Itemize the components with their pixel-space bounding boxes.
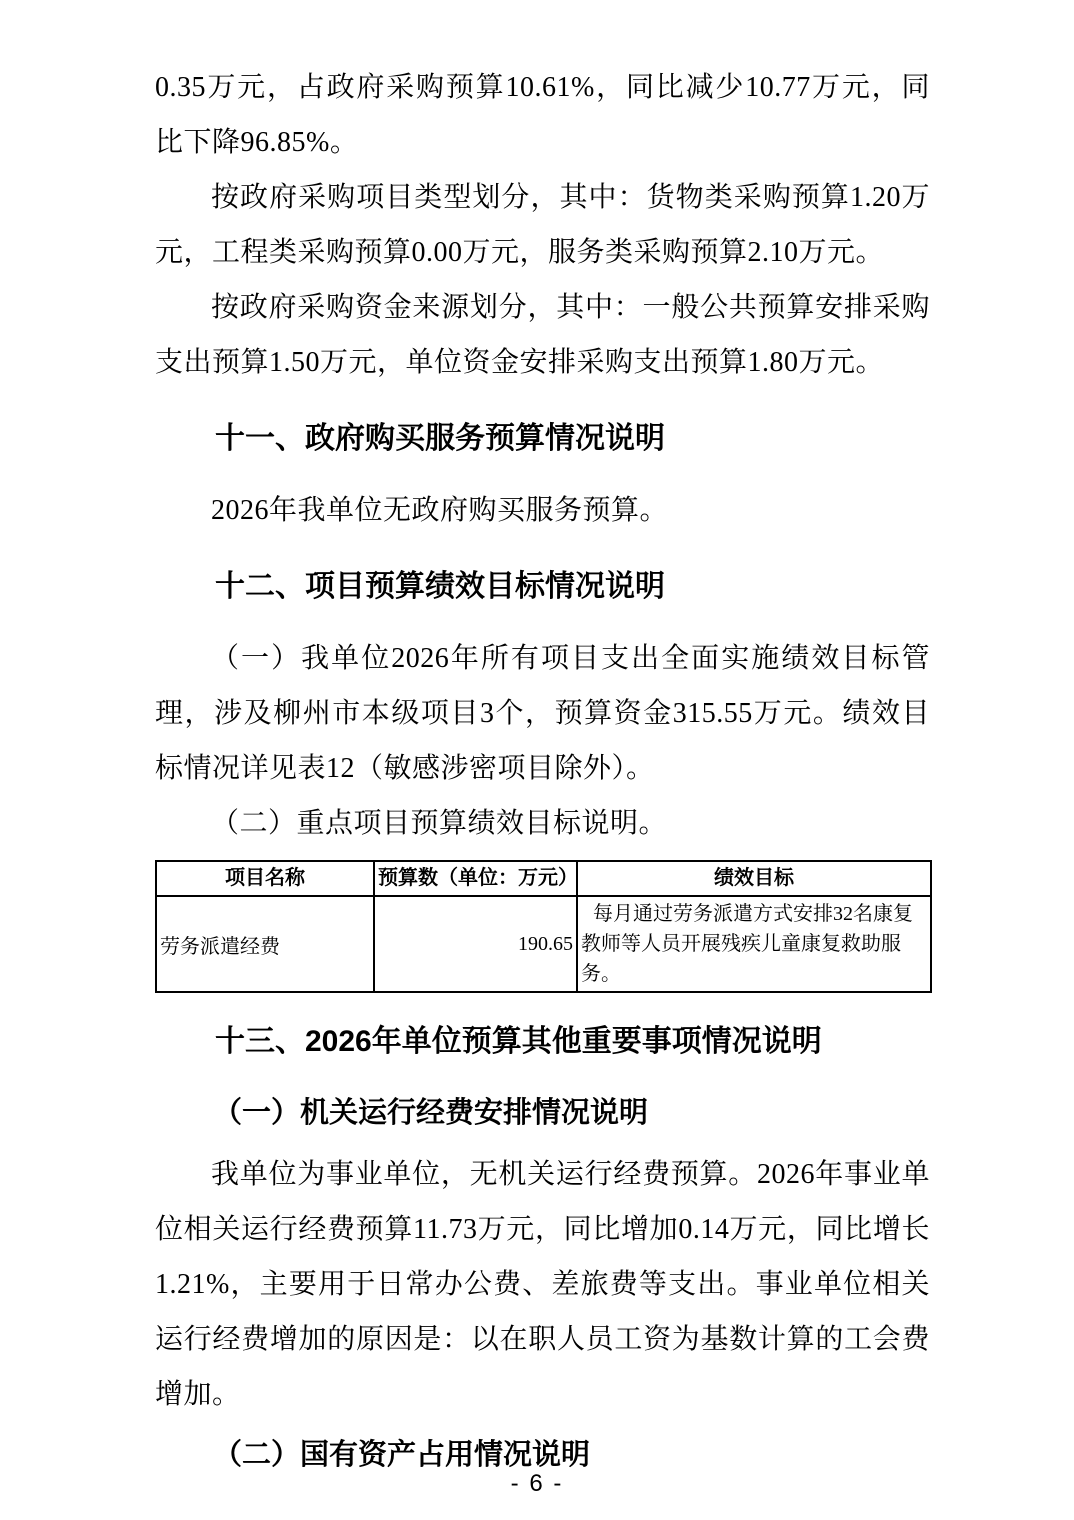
document-content: 0.35万元，占政府采购预算10.61%，同比减少10.77万元，同比下降96.… xyxy=(0,0,1074,1483)
performance-target-table: 项目名称 预算数（单位：万元） 绩效目标 劳务派遣经费 190.65 每月通过劳… xyxy=(155,860,932,993)
paragraph-13-1: 我单位为事业单位，无机关运行经费预算。2026年事业单位相关运行经费预算11.7… xyxy=(155,1147,930,1422)
table-row: 劳务派遣经费 190.65 每月通过劳务派遣方式安排32名康复教师等人员开展残疾… xyxy=(156,896,931,992)
paragraph-procurement-carryover: 0.35万元，占政府采购预算10.61%，同比减少10.77万元，同比下降96.… xyxy=(155,60,930,170)
heading-section-13: 十三、2026年单位预算其他重要事项情况说明 xyxy=(155,1014,930,1069)
page-number: - 6 - xyxy=(0,1470,1074,1498)
paragraph-procurement-by-type: 按政府采购项目类型划分，其中：货物类采购预算1.20万元，工程类采购预算0.00… xyxy=(155,170,930,280)
table-header-budget-amount: 预算数（单位：万元） xyxy=(374,861,577,896)
document-page: 0.35万元，占政府采购预算10.61%，同比减少10.77万元，同比下降96.… xyxy=(0,0,1074,1520)
table-cell-performance-goal: 每月通过劳务派遣方式安排32名康复教师等人员开展残疾儿童康复救助服务。 xyxy=(577,896,931,992)
table-cell-project-name: 劳务派遣经费 xyxy=(156,896,374,992)
subheading-13-1: （一）机关运行经费安排情况说明 xyxy=(155,1086,930,1141)
table-cell-budget-amount: 190.65 xyxy=(374,896,577,992)
paragraph-procurement-by-source: 按政府采购资金来源划分，其中：一般公共预算安排采购支出预算1.50万元，单位资金… xyxy=(155,280,930,390)
table-header-row: 项目名称 预算数（单位：万元） 绩效目标 xyxy=(156,861,931,896)
table-header-project-name: 项目名称 xyxy=(156,861,374,896)
paragraph-section-12-item-1: （一）我单位2026年所有项目支出全面实施绩效目标管理，涉及柳州市本级项目3个，… xyxy=(155,631,930,796)
heading-section-12: 十二、项目预算绩效目标情况说明 xyxy=(155,559,930,614)
paragraph-section-12-item-2: （二）重点项目预算绩效目标说明。 xyxy=(155,796,930,851)
heading-section-11: 十一、政府购买服务预算情况说明 xyxy=(155,411,930,466)
table-header-performance-goal: 绩效目标 xyxy=(577,861,931,896)
paragraph-section-11: 2026年我单位无政府购买服务预算。 xyxy=(155,483,930,538)
